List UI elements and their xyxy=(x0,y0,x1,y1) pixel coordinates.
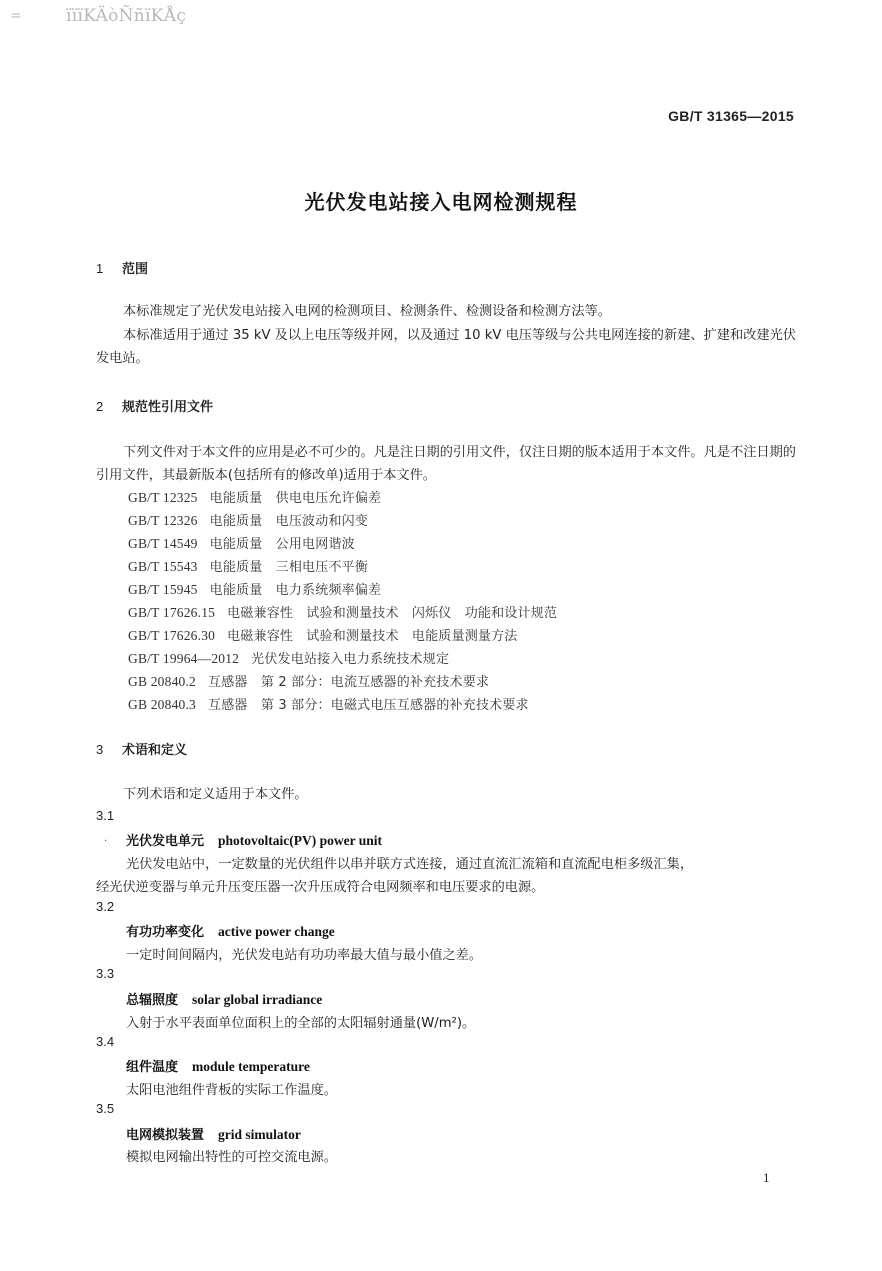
reference-title: 电磁兼容性 试验和测量技术 闪烁仪 功能和设计规范 xyxy=(227,606,557,621)
reference-item: GB/T 14549电能质量 公用电网谐波 xyxy=(128,533,355,552)
term-zh: 总辐照度 xyxy=(126,993,178,1008)
reference-code: GB/T 12325 xyxy=(128,490,198,506)
term-zh: 有功功率变化 xyxy=(126,925,204,940)
term-definition: 一定时间间隔内，光伏发电站有功功率最大值与最小值之差。 xyxy=(126,944,482,963)
section-heading-2: 2规范性引用文件 xyxy=(96,396,213,415)
reference-title: 光伏发电站接入电力系统技术规定 xyxy=(251,652,449,667)
term-heading: 有功功率变化active power change xyxy=(126,921,335,940)
reference-item: GB 20840.3互感器 第 3 部分：电磁式电压互感器的补充技术要求 xyxy=(128,694,529,713)
term-en: module temperature xyxy=(192,1059,310,1074)
paragraph: 本标准适用于通过 35 kV 及以上电压等级并网，以及通过 10 kV 电压等级… xyxy=(96,324,796,370)
reference-title: 电能质量 三相电压不平衡 xyxy=(210,560,368,575)
term-en: grid simulator xyxy=(218,1127,301,1142)
paragraph: 下列术语和定义适用于本文件。 xyxy=(96,783,796,806)
reference-code: GB/T 12326 xyxy=(128,513,198,529)
section-heading-1: 1范围 xyxy=(96,258,148,277)
term-zh: 电网模拟装置 xyxy=(126,1128,204,1143)
term-heading: 光伏发电单元photovoltaic(PV) power unit xyxy=(126,830,382,849)
section-title: 术语和定义 xyxy=(122,743,187,758)
term-definition: 光伏发电站中，一定数量的光伏组件以串并联方式连接，通过直流汇流箱和直流配电柜多级… xyxy=(126,853,693,872)
menu-icon[interactable]: = xyxy=(10,8,22,24)
term-number: 3.1 xyxy=(96,808,114,823)
page-number: 1 xyxy=(763,1170,770,1186)
term-definition: 太阳电池组件背板的实际工作温度。 xyxy=(126,1079,337,1098)
term-definition: 模拟电网输出特性的可控交流电源。 xyxy=(126,1146,337,1165)
reference-item: GB/T 12325电能质量 供电电压允许偏差 xyxy=(128,487,381,506)
reference-code: GB/T 15945 xyxy=(128,582,198,598)
section-title: 规范性引用文件 xyxy=(122,400,213,415)
section-number: 2 xyxy=(96,399,122,414)
reference-code: GB/T 19964—2012 xyxy=(128,651,239,667)
reference-code: GB/T 17626.15 xyxy=(128,605,215,621)
section-number: 1 xyxy=(96,261,122,276)
reference-item: GB/T 12326电能质量 电压波动和闪变 xyxy=(128,510,368,529)
reference-title: 互感器 第 3 部分：电磁式电压互感器的补充技术要求 xyxy=(208,698,529,713)
reference-item: GB 20840.2互感器 第 2 部分：电流互感器的补充技术要求 xyxy=(128,671,489,690)
reference-code: GB/T 15543 xyxy=(128,559,198,575)
term-definition: 入射于水平表面单位面积上的全部的太阳辐射通量(W/m²)。 xyxy=(126,1012,475,1031)
reference-title: 电能质量 电力系统频率偏差 xyxy=(210,583,382,598)
term-number: 3.5 xyxy=(96,1101,114,1116)
reference-title: 电磁兼容性 试验和测量技术 电能质量测量方法 xyxy=(227,629,517,644)
term-heading: 组件温度module temperature xyxy=(126,1056,310,1075)
reference-item: GB/T 19964—2012光伏发电站接入电力系统技术规定 xyxy=(128,648,449,667)
document-title: 光伏发电站接入电网检测规程 xyxy=(0,186,882,215)
term-en: solar global irradiance xyxy=(192,992,322,1007)
reference-title: 电能质量 公用电网谐波 xyxy=(210,537,355,552)
reference-title: 互感器 第 2 部分：电流互感器的补充技术要求 xyxy=(208,675,489,690)
reference-title: 电能质量 电压波动和闪变 xyxy=(210,514,368,529)
term-definition: 经光伏逆变器与单元升压变压器一次升压成符合电网频率和电压要求的电源。 xyxy=(96,876,544,895)
term-zh: 组件温度 xyxy=(126,1060,178,1075)
reference-code: GB 20840.3 xyxy=(128,697,196,713)
paragraph: 本标准规定了光伏发电站接入电网的检测项目、检测条件、检测设备和检测方法等。 xyxy=(96,300,796,323)
term-en: active power change xyxy=(218,924,335,939)
term-number: 3.4 xyxy=(96,1034,114,1049)
paragraph-text: 本标准适用于通过 35 kV 及以上电压等级并网，以及通过 10 kV 电压等级… xyxy=(96,328,796,366)
reference-item: GB/T 17626.15电磁兼容性 试验和测量技术 闪烁仪 功能和设计规范 xyxy=(128,602,557,621)
term-heading: 电网模拟装置grid simulator xyxy=(126,1124,301,1143)
reference-code: GB 20840.2 xyxy=(128,674,196,690)
reference-item: GB/T 15543电能质量 三相电压不平衡 xyxy=(128,556,368,575)
term-number: 3.2 xyxy=(96,899,114,914)
term-en: photovoltaic(PV) power unit xyxy=(218,833,382,848)
section-number: 3 xyxy=(96,742,122,757)
term-heading: 总辐照度solar global irradiance xyxy=(126,989,322,1008)
paragraph: 下列文件对于本文件的应用是必不可少的。凡是注日期的引用文件，仅注日期的版本适用于… xyxy=(96,441,796,487)
standard-number: GB/T 31365—2015 xyxy=(668,108,794,124)
reference-item: GB/T 15945电能质量 电力系统频率偏差 xyxy=(128,579,381,598)
paragraph-text: 本标准规定了光伏发电站接入电网的检测项目、检测条件、检测设备和检测方法等。 xyxy=(123,304,611,319)
reference-item: GB/T 17626.30电磁兼容性 试验和测量技术 电能质量测量方法 xyxy=(128,625,518,644)
paragraph-text: 下列文件对于本文件的应用是必不可少的。凡是注日期的引用文件，仅注日期的版本适用于… xyxy=(96,445,796,483)
paragraph-text: 下列术语和定义适用于本文件。 xyxy=(123,787,308,802)
reference-code: GB/T 17626.30 xyxy=(128,628,215,644)
reference-title: 电能质量 供电电压允许偏差 xyxy=(210,491,382,506)
term-zh: 光伏发电单元 xyxy=(126,834,204,849)
reference-code: GB/T 14549 xyxy=(128,536,198,552)
section-title: 范围 xyxy=(122,262,148,277)
section-heading-3: 3术语和定义 xyxy=(96,739,187,758)
document-header-title: ïïïKÄòÑñïKÅç xyxy=(66,6,186,26)
stray-mark: . xyxy=(104,833,107,844)
term-number: 3.3 xyxy=(96,966,114,981)
